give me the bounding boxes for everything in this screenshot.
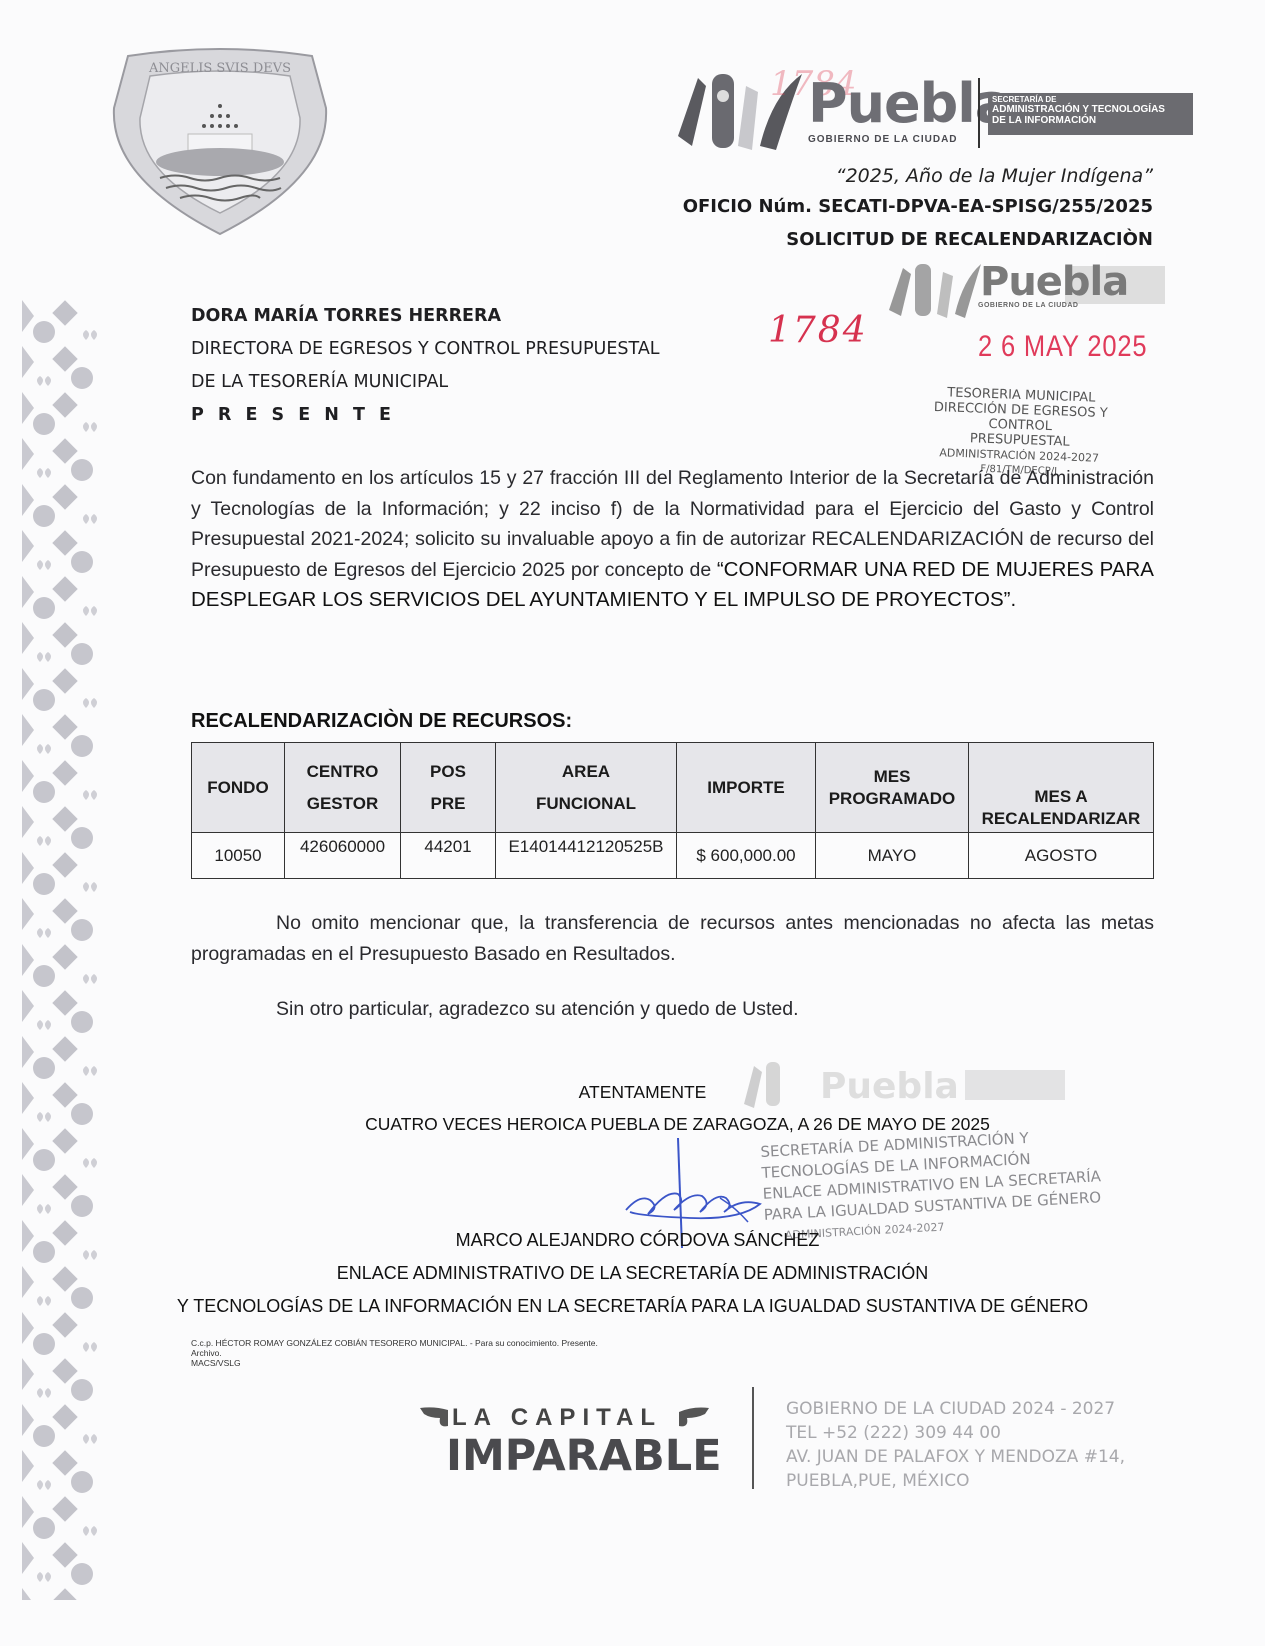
decorative-side-pattern bbox=[22, 300, 108, 1600]
logo-subtitle: GOBIERNO DE LA CIUDAD bbox=[808, 134, 958, 145]
col-importe: IMPORTE bbox=[677, 743, 816, 833]
col-pos-pre: POSPRE bbox=[401, 743, 496, 833]
signer-block: MARCO ALEJANDRO CÓRDOVA SÁNCHEZ ENLACE A… bbox=[0, 1224, 1265, 1323]
salutation: P R E S E N T E bbox=[191, 399, 660, 432]
col-mes-programado: MESPROGRAMADO bbox=[816, 743, 969, 833]
addressee-title-1: DIRECTORA DE EGRESOS Y CONTROL PRESUPUES… bbox=[191, 333, 660, 366]
footer-info: GOBIERNO DE LA CIUDAD 2024 - 2027 TEL +5… bbox=[786, 1397, 1125, 1493]
cell-pos-pre: 44201 bbox=[401, 833, 496, 879]
received-date: 2 6 MAY 2025 bbox=[978, 330, 1147, 364]
table-title: RECALENDARIZACIÒN DE RECURSOS: bbox=[191, 710, 572, 733]
footer-line: TEL +52 (222) 309 44 00 bbox=[786, 1421, 1125, 1445]
cell-fondo: 10050 bbox=[192, 833, 285, 879]
addressee-title-2: DE LA TESORERÍA MUNICIPAL bbox=[191, 366, 660, 399]
signer-name: MARCO ALEJANDRO CÓRDOVA SÁNCHEZ bbox=[0, 1224, 1265, 1257]
secretaria-line2: ADMINISTRACIÓN Y TECNOLOGÍAS bbox=[992, 104, 1189, 115]
folio-number: 1784 bbox=[768, 310, 868, 351]
ccp-line: Archivo. bbox=[191, 1348, 598, 1358]
table-header-row: FONDO CENTROGESTOR POSPRE AREAFUNCIONAL … bbox=[192, 743, 1154, 833]
secretaria-badge: SECRETARÍA DE ADMINISTRACIÓN Y TECNOLOGÍ… bbox=[988, 93, 1193, 135]
cell-mes-recalendarizar: AGOSTO bbox=[969, 833, 1154, 879]
cell-mes-programado: MAYO bbox=[816, 833, 969, 879]
farewell-paragraph: Sin otro particular, agradezco su atenci… bbox=[276, 998, 799, 1021]
atentamente: ATENTAMENTE bbox=[0, 1076, 1265, 1108]
ccp-line: C.c.p. HÉCTOR ROMAY GONZÁLEZ COBIÁN TESO… bbox=[191, 1338, 598, 1348]
oficio-number: OFICIO Núm. SECATI-DPVA-EA-SPISG/255/202… bbox=[683, 196, 1153, 217]
footer-line: PUEBLA,PUE, MÉXICO bbox=[786, 1469, 1125, 1493]
col-area-funcional: AREAFUNCIONAL bbox=[496, 743, 677, 833]
cell-centro-gestor: 426060000 bbox=[285, 833, 401, 879]
ccp-line: MACS/VSLG bbox=[191, 1358, 598, 1368]
footer-divider bbox=[752, 1387, 754, 1489]
svg-text:ANGELIS SVIS DEVS: ANGELIS SVIS DEVS bbox=[148, 61, 291, 76]
cell-importe: $ 600,000.00 bbox=[677, 833, 816, 879]
cell-area-funcional: E14014412120525B bbox=[496, 833, 677, 879]
signer-title-2: Y TECNOLOGÍAS DE LA INFORMACIÓN EN LA SE… bbox=[0, 1290, 1265, 1323]
addressee-name: DORA MARÍA TORRES HERRERA bbox=[191, 300, 660, 333]
closing-paragraph: No omito mencionar que, la transferencia… bbox=[191, 908, 1154, 969]
document-subject: SOLICITUD DE RECALENDARIZACIÒN bbox=[786, 229, 1153, 250]
stamp-subtitle: GOBIERNO DE LA CIUDAD bbox=[978, 302, 1078, 309]
logo-divider bbox=[978, 78, 980, 148]
table-row: 10050 426060000 44201 E14014412120525B $… bbox=[192, 833, 1154, 879]
body-paragraph: Con fundamento en los artículos 15 y 27 … bbox=[191, 463, 1154, 616]
signer-title-1: ENLACE ADMINISTRATIVO DE LA SECRETARÍA D… bbox=[0, 1257, 1265, 1290]
addressee-block: DORA MARÍA TORRES HERRERA DIRECTORA DE E… bbox=[191, 300, 660, 432]
slogan-bottom: IMPARABLE bbox=[446, 1431, 722, 1481]
footer-line: AV. JUAN DE PALAFOX Y MENDOZA #14, bbox=[786, 1445, 1125, 1469]
slogan-top: LA CAPITAL bbox=[452, 1404, 662, 1432]
stamp-wordmark: Puebla bbox=[980, 259, 1128, 305]
col-fondo: FONDO bbox=[192, 743, 285, 833]
secretaria-line3: DE LA INFORMACIÓN bbox=[992, 115, 1189, 126]
year-motto: “2025, Año de la Mujer Indígena” bbox=[836, 165, 1153, 187]
col-mes-recalendarizar: MES ARECALENDARIZAR bbox=[969, 743, 1154, 833]
carbon-copy: C.c.p. HÉCTOR ROMAY GONZÁLEZ COBIÁN TESO… bbox=[191, 1338, 598, 1368]
coat-of-arms-icon: ANGELIS SVIS DEVS bbox=[108, 48, 332, 238]
footer-line: GOBIERNO DE LA CIUDAD 2024 - 2027 bbox=[786, 1397, 1125, 1421]
resources-table: FONDO CENTROGESTOR POSPRE AREAFUNCIONAL … bbox=[191, 742, 1154, 879]
col-centro-gestor: CENTROGESTOR bbox=[285, 743, 401, 833]
secretaria-line1: SECRETARÍA DE bbox=[992, 95, 1189, 104]
